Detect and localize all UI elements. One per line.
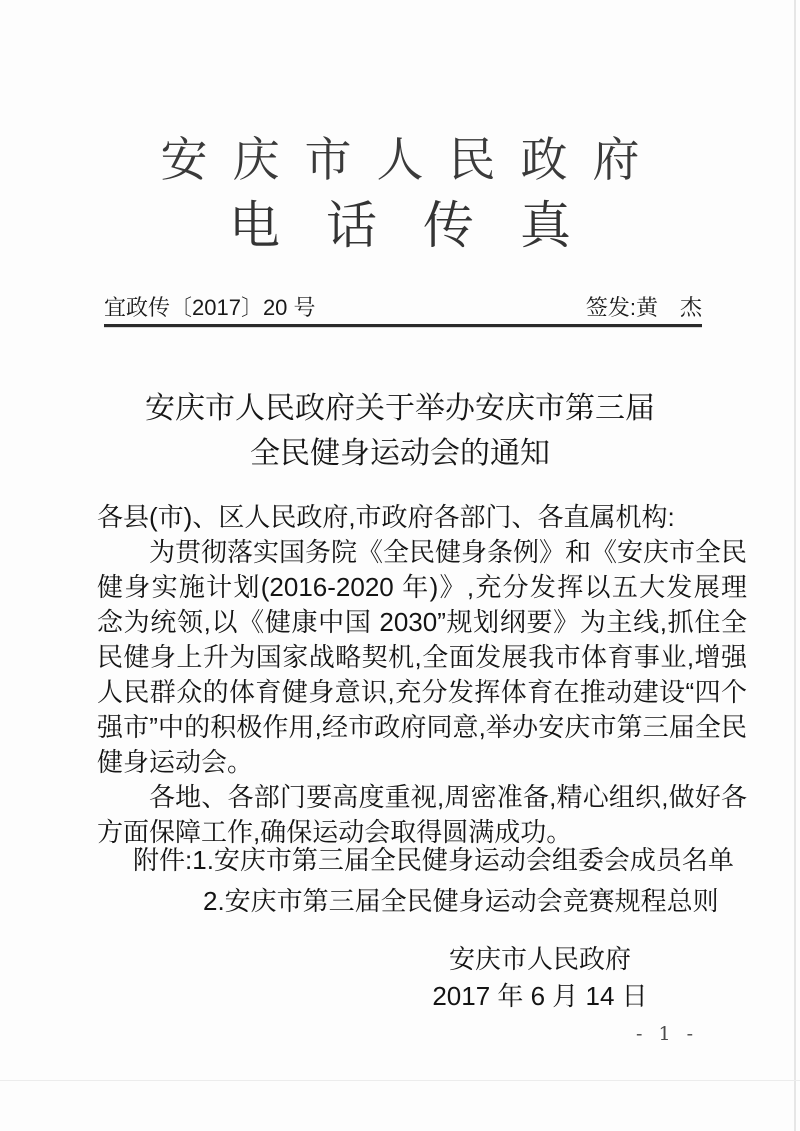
document-body: 各县(市)、区人民政府,市政府各部门、各直属机构: 为贯彻落实国务院《全民健身条… (97, 500, 747, 850)
signature-org: 安庆市人民政府 (390, 944, 690, 974)
notice-title-line2: 全民健身运动会的通知 (0, 431, 800, 476)
attachment-item: 2.安庆市第三届全民健身运动会竞赛规程总则 (203, 881, 719, 922)
notice-title-line1: 安庆市人民政府关于举办安庆市第三届 (0, 386, 800, 431)
attachment-item: 1.安庆市第三届全民健身运动会组委会成员名单 (192, 840, 734, 881)
signature-block: 安庆市人民政府 2017 年 6 月 14 日 (390, 944, 690, 1011)
attachment-indent-spacer (133, 881, 203, 922)
header-divider-line (104, 324, 702, 327)
scanned-document-page: 安庆市人民政府 电话传真 宜政传〔2017〕20 号 签发:黄 杰 安庆市人民政… (0, 0, 800, 1131)
signature-date: 2017 年 6 月 14 日 (390, 981, 690, 1011)
scan-edge-right-line (794, 0, 796, 1131)
scan-bottom-line (0, 1080, 800, 1081)
doc-number: 宜政传〔2017〕20 号 (104, 291, 316, 322)
salutation-line: 各县(市)、区人民政府,市政府各部门、各直属机构: (97, 500, 747, 535)
attachment-row: 附件: 1.安庆市第三届全民健身运动会组委会成员名单 (133, 840, 734, 881)
letterhead: 安庆市人民政府 电话传真 (0, 138, 800, 253)
doc-meta-row: 宜政传〔2017〕20 号 签发:黄 杰 (104, 291, 702, 322)
letterhead-fax-title: 电话传真 (0, 202, 800, 253)
attachments-block: 附件: 1.安庆市第三届全民健身运动会组委会成员名单 2.安庆市第三届全民健身运… (133, 840, 734, 922)
notice-title: 安庆市人民政府关于举办安庆市第三届 全民健身运动会的通知 (0, 386, 800, 476)
body-paragraph: 为贯彻落实国务院《全民健身条例》和《安庆市全民健身实施计划(2016-2020 … (97, 535, 747, 780)
letterhead-org-name: 安庆市人民政府 (0, 138, 800, 185)
attachment-row: 2.安庆市第三届全民健身运动会竞赛规程总则 (133, 881, 734, 922)
page-number: - 1 - (636, 1023, 698, 1045)
issuer-signoff: 签发:黄 杰 (586, 291, 702, 322)
attachments-label: 附件: (133, 840, 192, 881)
